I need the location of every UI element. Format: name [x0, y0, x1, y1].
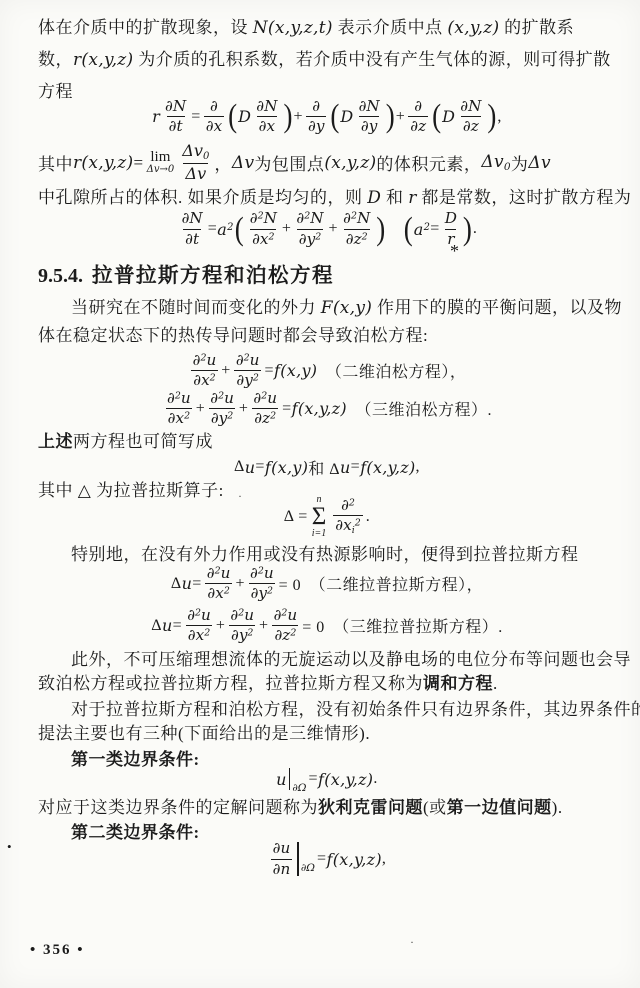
math-text: Δ =: [284, 508, 308, 526]
fraction-numerator: ∂N: [163, 98, 188, 116]
math-text: =: [134, 153, 144, 173]
math-variable: f(x,y,z): [360, 458, 415, 477]
fraction-denominator: ∂y2: [297, 229, 323, 248]
fraction-numerator: ∂N: [458, 98, 483, 116]
superscript: 2: [247, 627, 253, 638]
superscript: 2: [258, 565, 264, 576]
line-p2-2: 体在稳定状态下的热传导问题时都会导致泊松方程:: [38, 324, 616, 348]
math-limit: limΔv→0: [147, 150, 175, 175]
fraction-denominator: ∂z2: [272, 625, 298, 644]
math-text: Δ: [234, 458, 245, 476]
text-segment: r: [408, 188, 416, 208]
math-text: =: [282, 400, 292, 418]
superscript: 2: [253, 373, 259, 384]
math-variable: f(x,y,z): [292, 399, 347, 418]
math-text: +: [235, 575, 245, 593]
math-fraction: ∂2u∂z2: [272, 607, 300, 645]
math-text: [386, 218, 403, 241]
math-text: .: [366, 508, 371, 526]
text-segment: 的扩散系: [499, 18, 574, 37]
math-text: =: [192, 575, 202, 593]
math-text: （三维泊松方程）.: [347, 397, 492, 420]
math-text: +: [239, 400, 249, 418]
text-segment: 第二类边界条件:: [71, 823, 200, 842]
math-paren: ): [463, 213, 472, 245]
evaluation-bar: [297, 842, 299, 876]
fraction-denominator: ∂x: [257, 116, 277, 135]
math-text: .: [473, 220, 478, 238]
math-paren: ): [376, 213, 385, 245]
fraction-numerator: D: [443, 210, 459, 228]
superscript: 2: [351, 210, 357, 221]
math-fraction: ∂2u∂x2: [205, 565, 233, 603]
math-text: +: [216, 617, 226, 635]
superscript: 2: [227, 222, 234, 233]
line-p4-2: 提法主要也有三种(下面给出的是三维情形).: [38, 722, 616, 746]
math-text: =: [351, 458, 361, 476]
math-text: ,: [497, 108, 502, 126]
superscript: 2: [290, 627, 296, 638]
text-segment: 对于拉普拉斯方程和泊松方程，没有初始条件只有边界条件，其边界条件的: [71, 700, 640, 719]
fraction-numerator: ∂2u: [165, 390, 193, 408]
fraction-denominator: ∂x2: [166, 408, 192, 427]
eq-poisson-3d: ∂2u∂x2 + ∂2u∂y2 + ∂2u∂z2 = f(x,y,z) （三维泊…: [38, 390, 616, 428]
line-shorthand-intro: 上述两方程也可简写成: [38, 430, 616, 454]
math-fraction: ∂2u∂y2: [228, 607, 256, 645]
math-variable: f(x,y): [265, 458, 308, 477]
evaluation-bar: [289, 768, 291, 790]
superscript: 2: [204, 627, 210, 638]
superscript: 2: [304, 210, 310, 221]
math-variable: r(x,y,z): [73, 153, 134, 173]
fraction-numerator: ∂: [412, 98, 424, 116]
fraction-denominator: ∂x2: [186, 625, 212, 644]
text-segment: 数，: [38, 50, 73, 69]
margin-mark: •: [7, 840, 12, 853]
fraction-denominator: ∂z2: [344, 229, 370, 248]
fraction-numerator: ∂2u: [185, 607, 213, 625]
fraction-numerator: ∂2N: [294, 210, 325, 228]
fraction-denominator: ∂t: [183, 229, 201, 248]
math-text: =: [255, 458, 265, 476]
fraction-numerator: ∂2u: [208, 390, 236, 408]
math-text: .: [373, 770, 378, 788]
superscript: 2: [200, 352, 206, 363]
footnote-asterisk: *: [450, 242, 459, 260]
math-variable: u: [162, 616, 173, 635]
math-text: （二维泊松方程），: [317, 359, 466, 382]
section-heading: 9.5.4.拉普拉斯方程和泊松方程: [38, 258, 616, 288]
text-segment: 上述: [38, 432, 73, 451]
fraction-denominator: ∂z: [461, 116, 481, 135]
text-segment: N(x,y,z,t): [253, 18, 333, 38]
text-segment: 第一边值问题: [447, 798, 552, 817]
heading-title: 拉普拉斯方程和泊松方程: [92, 258, 334, 288]
limit-word: lim: [150, 150, 170, 165]
line-p4-1: 对于拉普拉斯方程和泊松方程，没有初始条件只有边界条件，其边界条件的: [38, 698, 616, 722]
math-paren: (: [228, 101, 237, 133]
math-variable: a2: [414, 220, 430, 239]
fraction-denominator: ∂y2: [234, 370, 260, 389]
text-segment: F(x,y): [321, 298, 372, 318]
fraction-numerator: ∂2N: [248, 210, 279, 228]
math-paren: (: [432, 101, 441, 133]
math-text: +: [329, 220, 339, 238]
math-text: +: [259, 617, 269, 635]
fraction-numerator: ∂2u: [251, 390, 279, 408]
math-variable: u: [182, 574, 193, 593]
math-fraction: Δv0Δv: [180, 142, 211, 184]
scanned-textbook-page: { "colors": { "background": "#fbfbf8", "…: [0, 0, 640, 988]
fraction-numerator: ∂2u: [234, 352, 262, 370]
fraction-numerator: ∂N: [254, 98, 279, 116]
fraction-denominator: ∂y: [306, 116, 326, 135]
line-p1-4: 中孔隙所占的体积. 如果介质是均匀的，则 D 和 r 都是常数，这时扩散方程为: [38, 186, 616, 210]
fraction-denominator: ∂y2: [209, 408, 235, 427]
math-variable: Δv: [232, 153, 254, 173]
fraction-denominator: ∂z2: [252, 408, 278, 427]
math-variable: u: [245, 458, 256, 477]
eq-diffusion-const: ∂N∂t = a2(∂2N∂x2 + ∂2N∂y2 + ∂2N∂z2) (a2 …: [38, 210, 616, 248]
text-segment: 为介质的孔积系数，若介质中没有产生气体的源，则可得扩散: [134, 50, 611, 69]
math-fraction: ∂2u∂x2: [185, 607, 213, 645]
text-segment: 两方程也可简写成: [73, 432, 213, 451]
text-segment: 提法主要也有三种(下面给出的是三维情形).: [38, 724, 370, 743]
eq-diffusion: r∂N∂t = ∂∂x(D∂N∂x) + ∂∂y(D∂N∂y) + ∂∂z(D∂…: [38, 98, 616, 136]
fraction-denominator: ∂xi2: [333, 515, 362, 537]
text-segment: r(x,y,z): [73, 50, 134, 70]
math-fraction: ∂2u∂z2: [251, 390, 279, 428]
scan-speck-1: ·: [238, 490, 242, 502]
math-fraction: ∂N∂y: [357, 98, 382, 136]
eq-laplace-3d: Δu = ∂2u∂x2 + ∂2u∂y2 + ∂2u∂z2 = 0 （三维拉普拉…: [38, 607, 616, 645]
fraction-numerator: ∂: [208, 98, 220, 116]
fraction-numerator: ∂2u: [191, 352, 219, 370]
math-text: = 0 （二维拉普拉斯方程），: [279, 572, 484, 595]
scan-speck-2: ·: [410, 936, 414, 948]
math-text: +: [396, 108, 406, 126]
math-text: 为: [511, 150, 529, 175]
math-text: 的体积元素，: [376, 150, 481, 175]
math-text: 其中: [38, 150, 73, 175]
math-variable: D: [340, 107, 353, 126]
math-paren: (: [330, 101, 339, 133]
page-content: 体在介质中的扩散现象，设 N(x,y,z,t) 表示介质中点 (x,y,z) 的…: [38, 16, 616, 878]
math-fraction: ∂2N∂x2: [248, 210, 279, 248]
fraction-numerator: ∂: [310, 98, 322, 116]
math-text: =: [264, 362, 274, 380]
math-text: =: [173, 617, 183, 635]
math-fraction: ∂N∂z: [458, 98, 483, 136]
math-fraction: ∂N∂t: [180, 210, 205, 248]
fraction-numerator: ∂2u: [205, 565, 233, 583]
line-p2-1: 当研究在不随时间而变化的外力 F(x,y) 作用下的膜的平衡问题，以及物: [38, 296, 616, 320]
math-fraction: ∂N∂t: [163, 98, 188, 136]
superscript: 2: [238, 607, 244, 618]
eq-laplace-2d: Δu = ∂2u∂x2 + ∂2u∂y2 = 0 （二维拉普拉斯方程），: [38, 565, 616, 603]
math-fraction: ∂u∂n: [271, 840, 293, 878]
text-segment: 狄利克雷问题: [318, 798, 423, 817]
math-fraction: ∂2u∂x2: [191, 352, 219, 390]
math-paren: ): [487, 101, 496, 133]
text-segment: 方程: [38, 82, 73, 101]
math-fraction: ∂2u∂y2: [234, 352, 262, 390]
superscript: 2: [175, 390, 181, 401]
math-fraction: ∂2u∂y2: [208, 390, 236, 428]
fraction-numerator: ∂N: [357, 98, 382, 116]
math-variable: a2: [217, 220, 233, 239]
evaluation-subscript: ∂Ω: [292, 782, 306, 794]
line-dirichlet: 对应于这类边界条件的定解问题称为狄利克雷问题(或第一边值问题).: [38, 796, 616, 820]
superscript: 2: [224, 585, 230, 596]
superscript: 2: [424, 222, 431, 233]
math-text: = 0 （三维拉普拉斯方程）.: [302, 614, 503, 637]
fraction-denominator: ∂n: [271, 859, 293, 878]
superscript: 2: [315, 231, 321, 242]
math-text: 为包围点: [254, 150, 324, 175]
math-paren: (: [235, 213, 244, 245]
fraction-numerator: ∂u: [271, 840, 293, 858]
superscript: 2: [218, 390, 224, 401]
text-segment: 中孔隙所占的体积. 如果介质是均匀的，则: [38, 188, 367, 207]
math-fraction: ∂∂x: [204, 98, 224, 136]
math-fraction: ∂2u∂y2: [248, 565, 276, 603]
line-p3-2: 致泊松方程或拉普拉斯方程，拉普拉斯方程又称为调和方程.: [38, 672, 616, 696]
fraction-denominator: ∂y2: [229, 625, 255, 644]
math-fraction: ∂∂y: [306, 98, 326, 136]
text-segment: 表示介质中点: [333, 18, 448, 37]
subscript: 0: [504, 162, 511, 174]
fraction-numerator: ∂2: [339, 497, 357, 515]
superscript: 2: [355, 517, 361, 528]
superscript: 2: [268, 231, 274, 242]
line-laplace-intro: 特别地，在没有外力作用或没有热源影响时，便得到拉普拉斯方程: [38, 543, 616, 567]
text-segment: 体在稳定状态下的热传导问题时都会导致泊松方程:: [38, 326, 428, 345]
math-fraction: ∂2N∂y2: [294, 210, 325, 248]
math-variable: Δv: [528, 153, 550, 173]
text-segment: 致泊松方程或拉普拉斯方程，拉普拉斯方程又称为: [38, 674, 423, 693]
line-p3-1: 此外，不可压缩理想流体的无旋运动以及静电场的电位分布等问题也会导: [38, 648, 616, 672]
evaluation-subscript: ∂Ω: [301, 862, 315, 874]
fraction-numerator: ∂2u: [272, 607, 300, 625]
fraction-denominator: Δv: [183, 163, 208, 184]
sum-lower-limit: i=1: [312, 529, 327, 539]
superscript: 2: [281, 607, 287, 618]
text-segment: (x,y,z): [447, 18, 499, 38]
fraction-denominator: ∂y: [359, 116, 379, 135]
math-fraction: ∂2u∂x2: [165, 390, 193, 428]
math-text: =: [191, 108, 201, 126]
math-text: +: [282, 220, 292, 238]
math-paren: (: [404, 213, 413, 245]
math-paren: ): [283, 101, 292, 133]
subscript: 0: [203, 151, 209, 162]
sigma-symbol: Σ: [312, 505, 327, 529]
fraction-numerator: ∂N: [180, 210, 205, 228]
text-segment: D: [367, 188, 381, 208]
superscript: 2: [270, 411, 276, 422]
text-segment: 第一类边界条件:: [71, 750, 200, 769]
math-variable: f(x,y,z): [318, 770, 373, 789]
fraction-numerator: ∂2u: [248, 565, 276, 583]
math-variable: (x,y,z): [324, 153, 376, 173]
text-segment: 调和方程: [423, 674, 493, 693]
text-segment: 其中 △ 为拉普拉斯算子:: [38, 481, 224, 500]
fraction-denominator: ∂x2: [191, 370, 217, 389]
math-fraction: ∂∂z: [408, 98, 428, 136]
fraction-numerator: ∂2u: [228, 607, 256, 625]
text-segment: .: [493, 674, 498, 693]
math-text: +: [293, 108, 303, 126]
math-text: ，: [214, 150, 232, 175]
fraction-denominator: ∂x: [204, 116, 224, 135]
text-segment: 作用下的膜的平衡问题，以及物: [372, 298, 622, 317]
page: 体在介质中的扩散现象，设 N(x,y,z,t) 表示介质中点 (x,y,z) 的…: [0, 0, 640, 988]
superscript: 2: [184, 411, 190, 422]
text-segment: 当研究在不随时间而变化的外力: [71, 298, 321, 317]
fraction-numerator: Δv0: [180, 142, 211, 164]
fraction-denominator: ∂x2: [250, 229, 276, 248]
superscript: 2: [362, 231, 368, 242]
text-segment: (或: [423, 798, 447, 817]
math-text: Δ: [171, 575, 182, 593]
math-fraction: ∂2∂xi2: [333, 497, 362, 537]
superscript: 2: [261, 390, 267, 401]
superscript: 2: [267, 585, 273, 596]
math-fraction: ∂2N∂z2: [341, 210, 372, 248]
math-text: =: [430, 220, 440, 238]
math-text: Δ: [151, 617, 162, 635]
math-paren: ): [386, 101, 395, 133]
superscript: 2: [210, 373, 216, 384]
math-text: =: [308, 770, 318, 788]
math-variable: u: [276, 770, 287, 789]
fraction-denominator: ∂x2: [205, 583, 231, 602]
superscript: 2: [349, 497, 355, 508]
math-variable: D: [442, 107, 455, 126]
math-text: =: [208, 220, 218, 238]
fraction-denominator: ∂z: [408, 116, 428, 135]
superscript: 2: [215, 565, 221, 576]
line-p1-2: 数，r(x,y,z) 为介质的孔积系数，若介质中没有产生气体的源，则可得扩散: [38, 48, 616, 72]
superscript: 2: [244, 352, 250, 363]
eq-shorthand: Δu = f(x,y) 和 Δu = f(x,y,z),: [38, 456, 616, 479]
text-segment: 对应于这类边界条件的定解问题称为: [38, 798, 318, 817]
superscript: 2: [258, 210, 264, 221]
math-variable: r: [152, 107, 160, 126]
eq-poisson-2d: ∂2u∂x2 + ∂2u∂y2 = f(x,y) （二维泊松方程），: [38, 352, 616, 390]
math-fraction: ∂N∂x: [254, 98, 279, 136]
text-segment: ).: [552, 798, 563, 817]
text-segment: 和: [381, 188, 408, 207]
line-p1-1: 体在介质中的扩散现象，设 N(x,y,z,t) 表示介质中点 (x,y,z) 的…: [38, 16, 616, 40]
text-segment: 体在介质中的扩散现象，设: [38, 18, 253, 37]
math-text: +: [196, 400, 206, 418]
math-text: ,: [382, 850, 387, 868]
math-sum: nΣi=1: [312, 495, 327, 539]
math-text: =: [317, 850, 327, 868]
fraction-denominator: ∂y2: [249, 583, 275, 602]
math-text: +: [221, 362, 231, 380]
superscript: 2: [227, 411, 233, 422]
math-text: ,: [416, 458, 421, 476]
math-variable: u: [340, 458, 351, 477]
limit-subscript: Δv→0: [147, 165, 175, 175]
line-r-definition: 其中 r(x,y,z) = limΔv→0Δv0Δv， Δv 为包围点 (x,y…: [38, 142, 616, 184]
math-variable: D: [238, 107, 251, 126]
text-segment: 此外，不可压缩理想流体的无旋运动以及静电场的电位分布等问题也会导: [71, 650, 631, 669]
heading-number: 9.5.4.: [38, 265, 83, 288]
superscript: 2: [195, 607, 201, 618]
page-number: • 356 •: [30, 942, 85, 959]
eq-boundary-second: ∂u∂n∂Ω = f(x,y,z),: [38, 840, 616, 878]
text-segment: 都是常数，这时扩散方程为: [417, 188, 632, 207]
math-variable: f(x,y): [274, 361, 317, 380]
fraction-denominator: ∂t: [167, 116, 185, 135]
math-text: 和 Δ: [308, 456, 340, 479]
math-variable: f(x,y,z): [327, 850, 382, 869]
fraction-numerator: ∂2N: [341, 210, 372, 228]
math-variable: Δv0: [481, 152, 511, 173]
text-segment: 特别地，在没有外力作用或没有热源影响时，便得到拉普拉斯方程: [71, 545, 579, 564]
